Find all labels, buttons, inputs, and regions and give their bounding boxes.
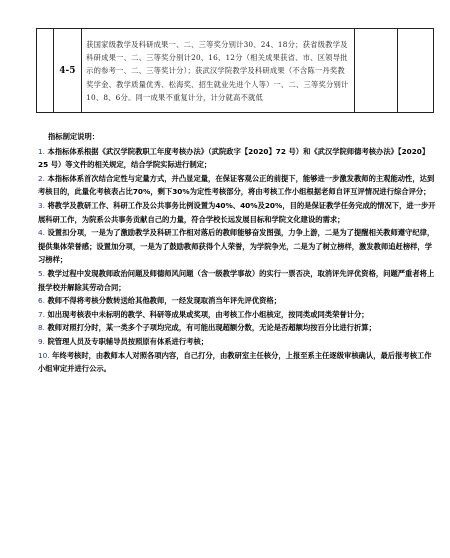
note-item: 9. 院管理人员及专职辅导员按照原有体系进行考核；	[38, 335, 436, 349]
note-number: 3.	[38, 201, 45, 210]
note-number: 10.	[38, 351, 50, 360]
score-table: 4-5 获国家级教学及科研成果一、二、三等奖分别计30、24、18分；获省级教学…	[36, 28, 434, 113]
note-number: 6.	[38, 296, 45, 305]
note-item: 10. 年终考核时，由教师本人对照各项内容，自己打分，由教研室主任核分，上报至系…	[38, 349, 436, 376]
document-page: 4-5 获国家级教学及科研成果一、二、三等奖分别计30、24、18分；获省级教学…	[0, 0, 450, 558]
note-item: 7. 如出现考核表中未标明的教学、科研等成果或奖项，由考核工作小组核定，按同类或…	[38, 308, 436, 322]
table-cell-score	[354, 29, 397, 113]
note-text: 将教学及教研工作、科研工作及公共事务比例设置为40%、40%及20%，目的是保证…	[38, 201, 436, 224]
note-text: 教师对照打分时，某一类多个子项均完成，有可能出现超额分数，无论是否超额均按百分比…	[45, 323, 376, 332]
note-item: 3. 将教学及教研工作、科研工作及公共事务比例设置为40%、40%及20%，目的…	[38, 199, 436, 226]
note-number: 9.	[38, 337, 45, 346]
note-text: 教学过程中发现教师政治问题及师德师风问题（含一级教学事故）的实行一票否决，取消评…	[38, 269, 434, 292]
note-item: 6. 教师不得将考核分数转送给其他教师，一经发现取消当年评先评优资格；	[38, 294, 436, 308]
notes-title: 指标制定说明：	[38, 130, 436, 144]
notes-section: 指标制定说明： 1. 本指标体系根据《武汉学院教职工年度考核办法》（武院政字【2…	[38, 130, 436, 376]
note-number: 2.	[38, 174, 45, 183]
note-number: 8.	[38, 323, 45, 332]
note-text: 教师不得将考核分数转送给其他教师，一经发现取消当年评先评优资格；	[45, 296, 281, 305]
note-text: 本指标体系首次结合定性与定量方式，并凸显定量，在保证客观公正的前提下，能够进一步…	[38, 174, 434, 197]
note-item: 8. 教师对照打分时，某一类多个子项均完成，有可能出现超额分数，无论是否超额均按…	[38, 321, 436, 335]
table-cell-category	[37, 29, 54, 113]
note-item: 2. 本指标体系首次结合定性与定量方式，并凸显定量，在保证客观公正的前提下，能够…	[38, 172, 436, 199]
note-text: 设置扣分项，一是为了激励教学及科研工作相对落后的教师能够奋发图强，力争上游，二是…	[38, 228, 434, 264]
note-item: 5. 教学过程中发现教师政治问题及师德师风问题（含一级教学事故）的实行一票否决，…	[38, 267, 436, 294]
note-text: 院管理人员及专职辅导员按照原有体系进行考核；	[45, 337, 208, 346]
note-text: 本指标体系根据《武汉学院教职工年度考核办法》（武院政字【2020】72 号）和《…	[38, 147, 429, 170]
note-text: 年终考核时，由教师本人对照各项内容，自己打分，由教研室主任核分，上报至系主任逐级…	[38, 351, 432, 374]
note-number: 7.	[38, 310, 45, 319]
note-item: 4. 设置扣分项，一是为了激励教学及科研工作相对落后的教师能够奋发图强，力争上游…	[38, 226, 436, 267]
note-number: 1.	[38, 147, 45, 156]
note-item: 1. 本指标体系根据《武汉学院教职工年度考核办法》（武院政字【2020】72 号…	[38, 145, 436, 172]
table-cell-remark	[397, 29, 433, 113]
table-row: 4-5 获国家级教学及科研成果一、二、三等奖分别计30、24、18分；获省级教学…	[37, 29, 434, 113]
note-number: 4.	[38, 228, 45, 237]
table-cell-index: 4-5	[53, 29, 82, 113]
note-text: 如出现考核表中未标明的教学、科研等成果或奖项，由考核工作小组核定，按同类或同类荣…	[45, 310, 369, 319]
note-number: 5.	[38, 269, 45, 278]
table-cell-criteria: 获国家级教学及科研成果一、二、三等奖分别计30、24、18分；获省级教学及科研成…	[82, 29, 355, 113]
